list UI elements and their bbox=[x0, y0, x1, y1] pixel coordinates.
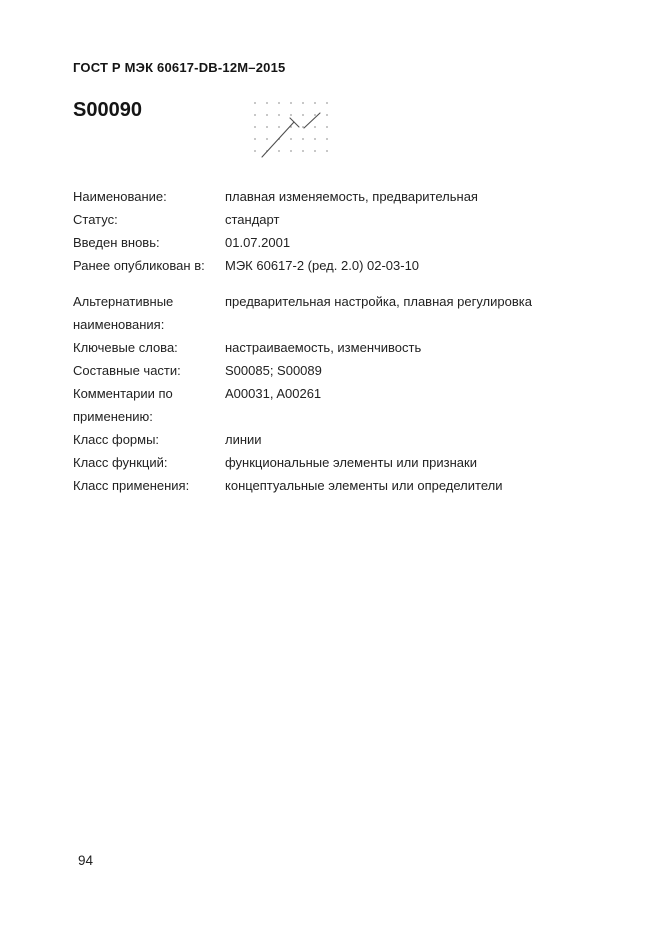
field-label: Статус: bbox=[73, 208, 225, 231]
field-value: A00031, A00261 bbox=[225, 382, 578, 405]
field-row-status: Статус: стандарт bbox=[73, 208, 578, 231]
field-row-keywords: Ключевые слова: настраиваемость, изменчи… bbox=[73, 336, 578, 359]
symbol-code-heading: S00090 bbox=[73, 99, 142, 122]
field-row-previously-published: Ранее опубликован в: МЭК 60617-2 (ред. 2… bbox=[73, 254, 578, 277]
field-value: предварительная настройка, плавная регул… bbox=[225, 290, 578, 313]
construction-grid-dots bbox=[252, 97, 332, 159]
document-page: ГОСТ Р МЭК 60617-DB-12M–2015 S00090 Наим… bbox=[0, 0, 661, 936]
field-row-name: Наименование: плавная изменяемость, пред… bbox=[73, 185, 578, 208]
field-label: Класс функций: bbox=[73, 451, 225, 474]
field-row-introduced: Введен вновь: 01.07.2001 bbox=[73, 231, 578, 254]
field-row-shape-class: Класс формы: линии bbox=[73, 428, 578, 451]
field-row-components: Составные части: S00085; S00089 bbox=[73, 359, 578, 382]
field-value: настраиваемость, изменчивость bbox=[225, 336, 578, 359]
attribute-list: Наименование: плавная изменяемость, пред… bbox=[73, 185, 578, 497]
field-label: Класс применения: bbox=[73, 474, 225, 497]
page-number: 94 bbox=[78, 853, 93, 868]
field-label: Введен вновь: bbox=[73, 231, 225, 254]
field-value: 01.07.2001 bbox=[225, 231, 578, 254]
field-label: Комментарии по применению: bbox=[73, 382, 225, 428]
field-label: Ранее опубликован в: bbox=[73, 254, 225, 277]
field-value: линии bbox=[225, 428, 578, 451]
field-value: концептуальные элементы или определители bbox=[225, 474, 578, 497]
field-label: Класс формы: bbox=[73, 428, 225, 451]
field-row-application-comments: Комментарии по применению: A00031, A0026… bbox=[73, 382, 578, 428]
field-value: функциональные элементы или признаки bbox=[225, 451, 578, 474]
field-label: Наименование: bbox=[73, 185, 225, 208]
field-value: S00085; S00089 bbox=[225, 359, 578, 382]
preset-adjustment-symbol-figure bbox=[252, 97, 332, 163]
field-value: МЭК 60617-2 (ред. 2.0) 02-03-10 bbox=[225, 254, 578, 277]
field-row-function-class: Класс функций: функциональные элементы и… bbox=[73, 451, 578, 474]
field-value: стандарт bbox=[225, 208, 578, 231]
field-row-alternative-names: Альтернативные наименования: предварител… bbox=[73, 290, 578, 336]
field-value: плавная изменяемость, предварительная bbox=[225, 185, 578, 208]
field-label: Ключевые слова: bbox=[73, 336, 225, 359]
field-label: Альтернативные наименования: bbox=[73, 290, 225, 336]
document-header-title: ГОСТ Р МЭК 60617-DB-12M–2015 bbox=[73, 60, 285, 75]
field-row-application-class: Класс применения: концептуальные элемент… bbox=[73, 474, 578, 497]
field-label: Составные части: bbox=[73, 359, 225, 382]
